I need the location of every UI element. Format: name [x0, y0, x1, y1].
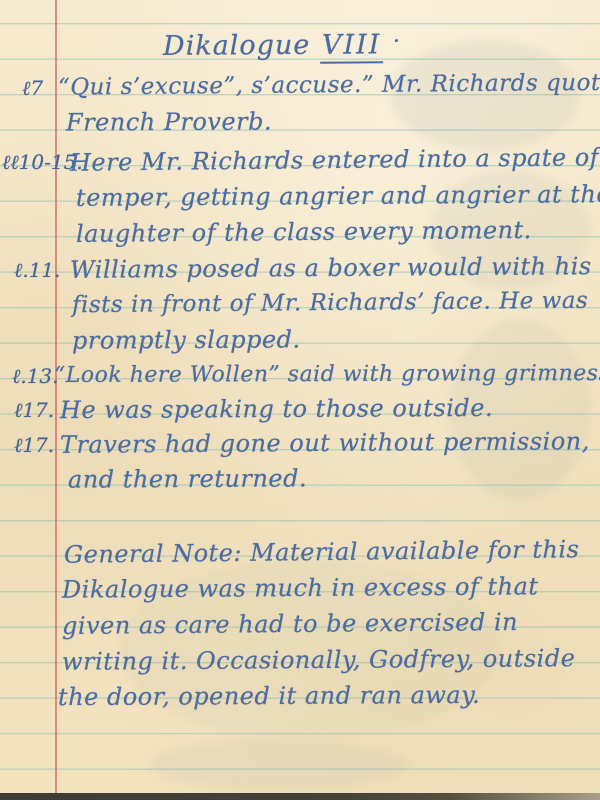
page-title: Dikalogue VIII · — [163, 29, 401, 62]
handwritten-line: Williams posed as a boxer would with his — [70, 252, 592, 284]
general-note-line: General Note: Material available for thi… — [64, 535, 580, 568]
entry-marker: ℓ17. — [14, 398, 54, 423]
handwritten-line: Travers had gone out without permission, — [60, 427, 590, 459]
handwritten-line: French Proverb. — [66, 107, 272, 136]
entry-marker: ℓ.13. — [12, 364, 59, 389]
entry-marker: ℓ7 — [22, 76, 43, 101]
general-note-line: writing it. Occasionally, Godfrey, outsi… — [62, 644, 576, 676]
general-note-line: given as care had to be exercised in — [62, 608, 518, 640]
page-bottom-edge — [0, 793, 600, 800]
general-note-line: the door, opened it and ran away. — [58, 681, 480, 711]
title-period: · — [393, 29, 401, 54]
entry-marker: ℓ17. — [14, 433, 54, 458]
handwritten-line: fists in front of Mr. Richards’ face. He… — [72, 288, 589, 319]
entry-marker: ℓ.11. — [14, 258, 61, 283]
handwritten-line: Here Mr. Richards entered into a spate o… — [70, 143, 599, 177]
handwritten-line: and then returned. — [68, 464, 307, 493]
general-note-line: Dikalogue was much in excess of that — [62, 572, 539, 603]
margin-rule — [55, 0, 57, 794]
title-numeral: VIII — [320, 29, 384, 63]
handwritten-line: temper, getting angrier and angrier at t… — [76, 180, 600, 212]
handwritten-line: laughter of the class every moment. — [76, 216, 532, 248]
notebook-page: Dikalogue VIII · ℓ7 “Qui s’excuse”, s’ac… — [0, 0, 600, 800]
handwritten-line: “Qui s’excuse”, s’accuse.” Mr. Richards … — [58, 69, 600, 100]
title-word: Dikalogue — [163, 30, 311, 62]
handwritten-line: promptly slapped. — [72, 325, 301, 354]
handwritten-line: He was speaking to those outside. — [60, 394, 493, 424]
handwritten-line: “Look here Wollen” said with growing gri… — [54, 361, 600, 388]
